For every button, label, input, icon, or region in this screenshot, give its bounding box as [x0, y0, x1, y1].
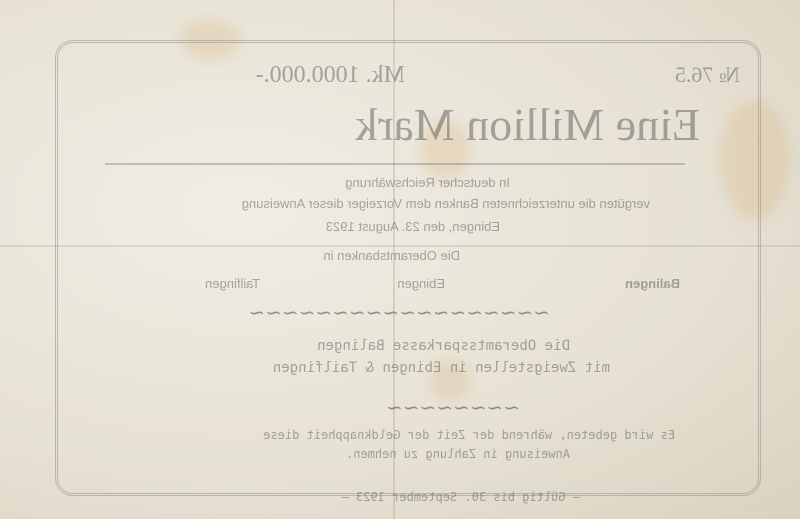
town: Ebingen [397, 276, 445, 291]
signature: ~~~~~~~~~~~~~~~~~~ [248, 300, 550, 324]
issuer-line: Die Oberamtssparkasse Balingen [317, 338, 570, 354]
town: Tailfingen [205, 276, 260, 291]
notice-line: Anweisung in Zahlung zu nehmen. [346, 447, 570, 461]
signature: ~~~~~~~~ [386, 395, 520, 419]
body-line: In deutscher Reichswährung [345, 175, 510, 190]
divider [105, 163, 685, 165]
body-line: Die Oberamtsbanken in [323, 248, 460, 263]
issuer-line: mit Zweigstellen in Ebingen & Tailfingen [273, 360, 610, 376]
value-words: Eine Million Mark [355, 98, 700, 151]
notice-line: Es wird gebeten, während der Zeit der Ge… [263, 428, 675, 442]
town: Balingen [625, 276, 680, 291]
validity-line: — Gültig bis 30. September 1923 — [342, 490, 580, 504]
mirrored-print: № 76.5 Mk. 1000.000.- Eine Million Mark … [0, 0, 800, 519]
serial-number: № 76.5 [675, 62, 740, 88]
body-line: vergüten die unterzeichneten Banken dem … [242, 196, 650, 211]
value-numeric: Mk. 1000.000.- [256, 62, 405, 89]
body-line: Ebingen, den 23. August 1923 [326, 219, 500, 234]
